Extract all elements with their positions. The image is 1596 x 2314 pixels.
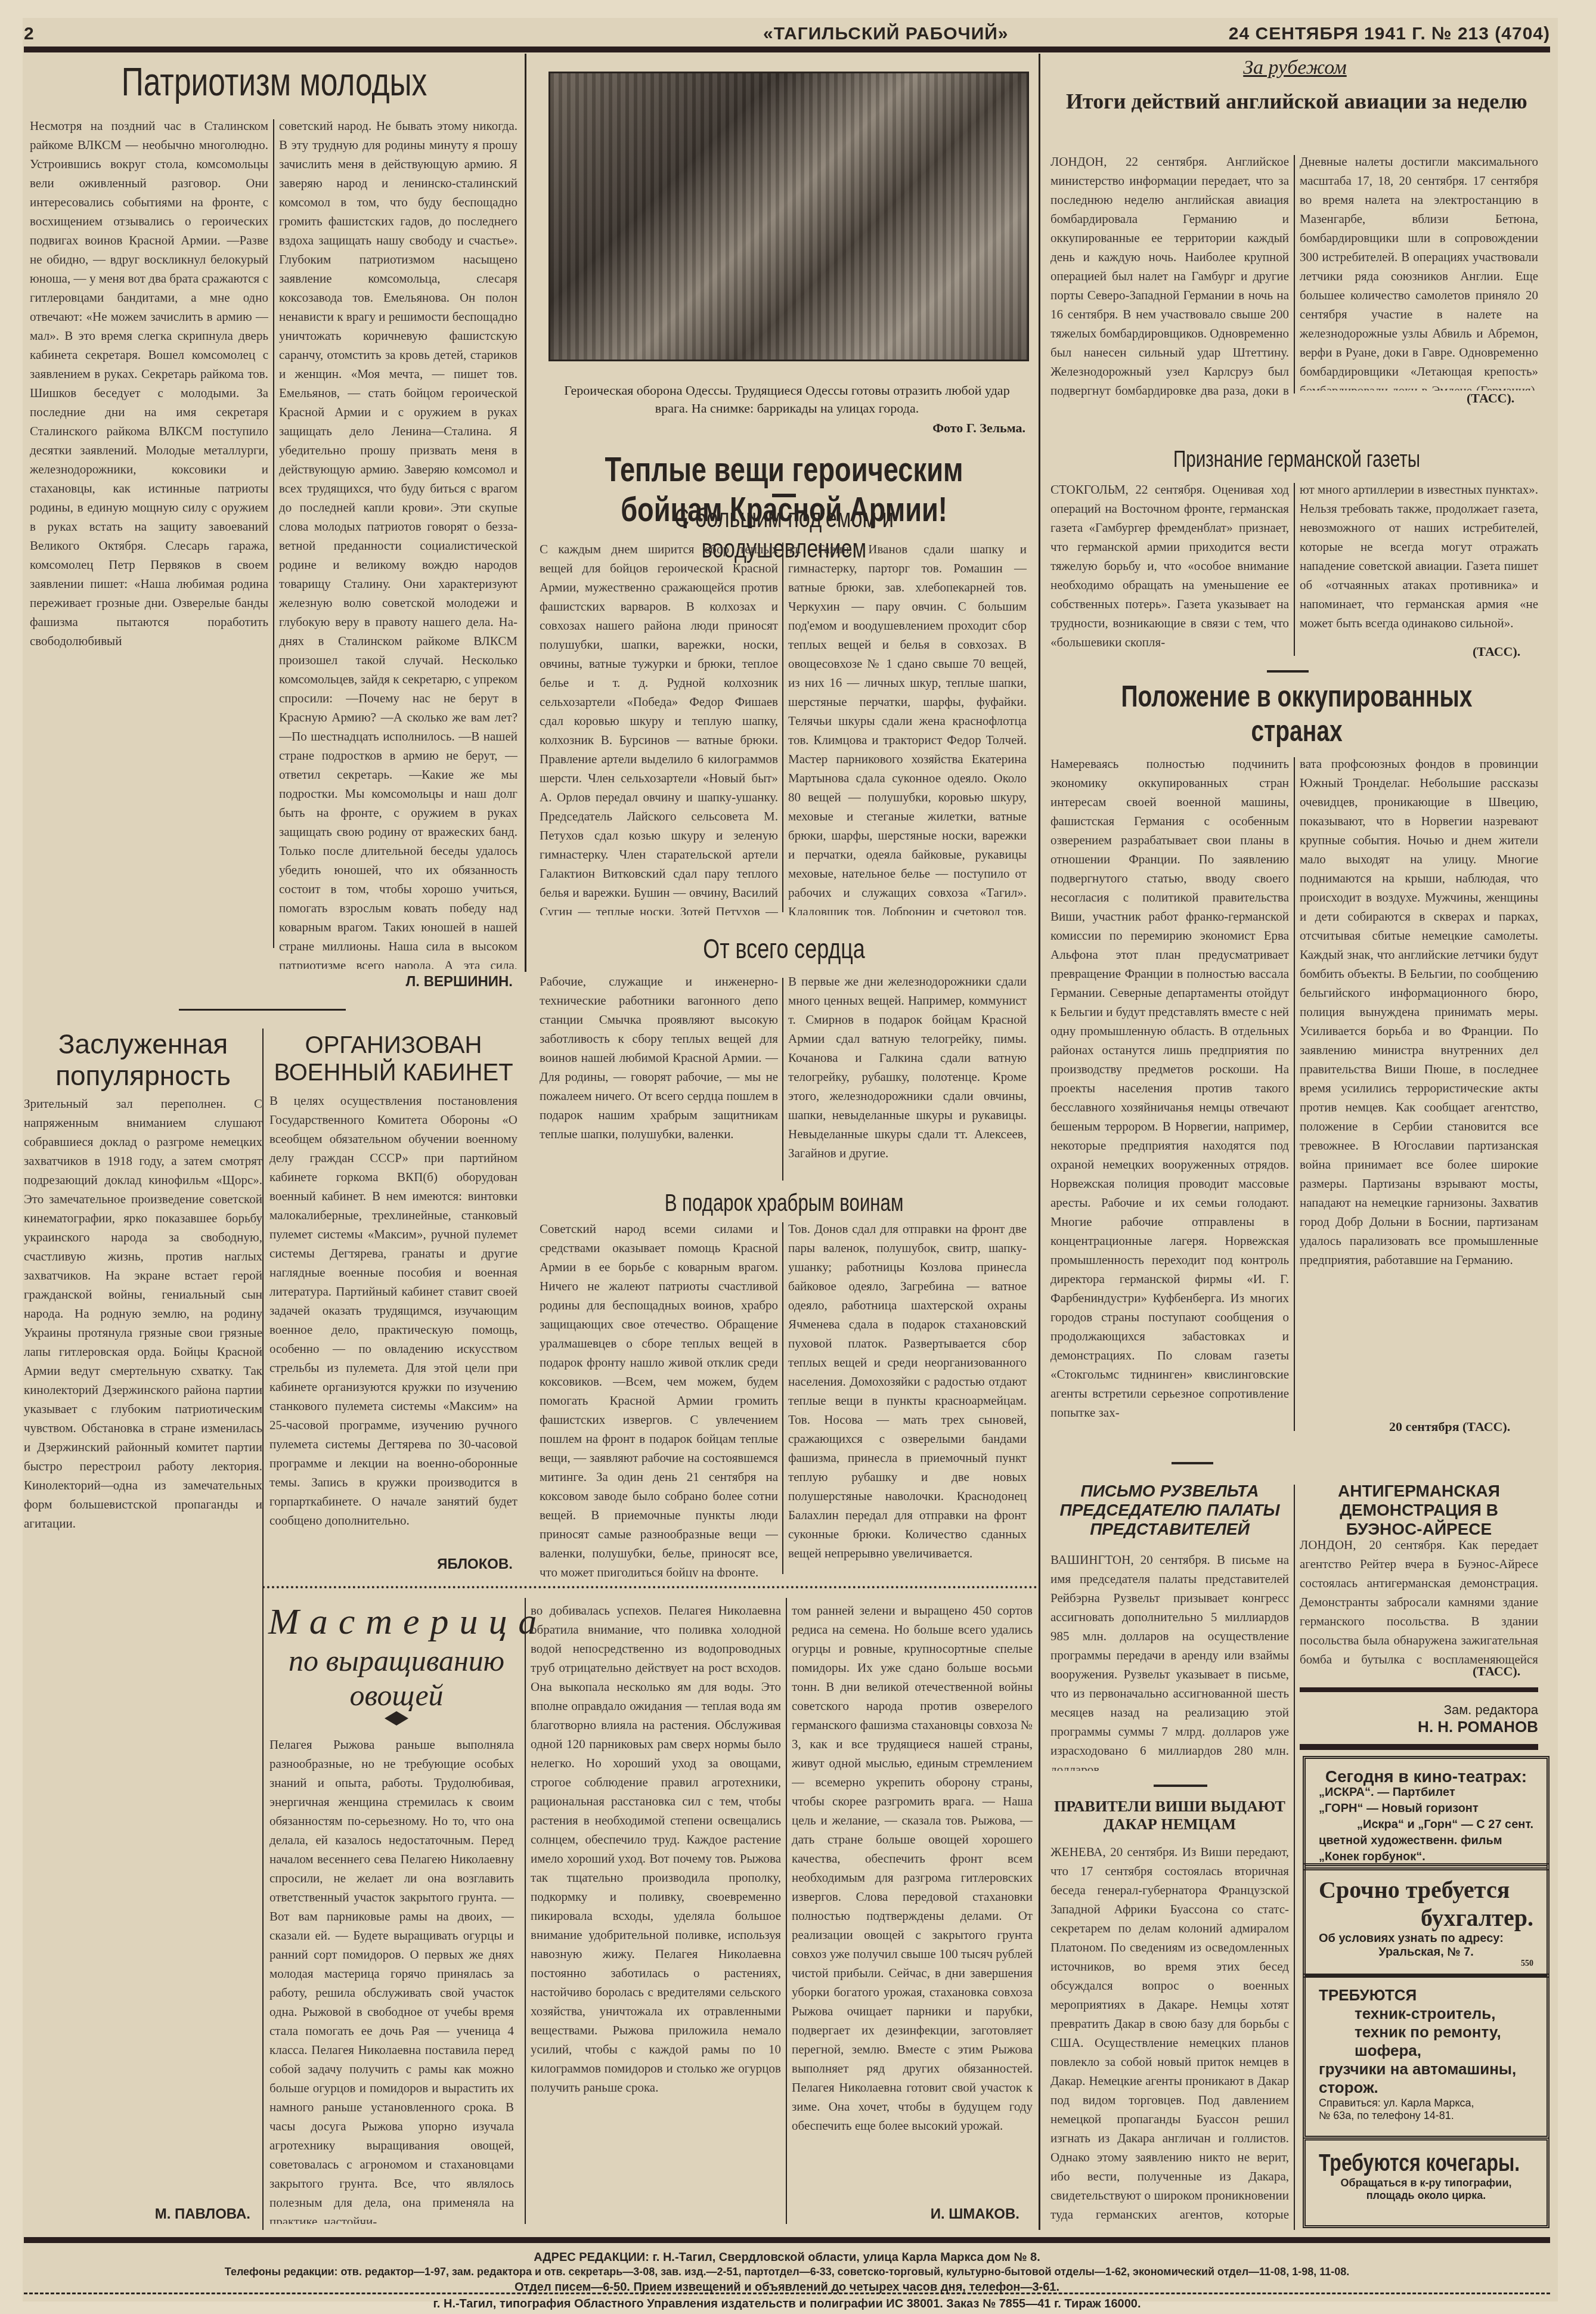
photo-credit: Фото Г. Зельма. — [918, 419, 1025, 437]
article-gift-col2: Тов. Донов сдал для отправки на фронт дв… — [788, 1219, 1027, 1577]
column-divider — [525, 54, 526, 972]
ad-line: „ГОРН“ — Новый горизонт — [1319, 1801, 1533, 1817]
headline-raf: Итоги действий английской авиации за нед… — [1049, 89, 1544, 114]
headline-popularity: Заслуженная популярность — [24, 1029, 262, 1092]
article-popularity: Зрительный зал переполнен. С напряженным… — [24, 1094, 262, 2155]
article-patriotism-col1: Несмотря на поздний час в Сталинском рай… — [30, 116, 268, 954]
source-tass: (ТАСС). — [1473, 644, 1520, 659]
byline-yablokov: ЯБЛОКОВ. — [393, 1556, 513, 1573]
divider-dash — [772, 494, 796, 497]
photo-odessa-barricades — [548, 72, 1029, 361]
article-german-paper-col1: СТОКГОЛЬМ, 22 сентября. Оценивая ход опе… — [1050, 480, 1289, 659]
ad-line: шофера, — [1319, 2042, 1533, 2060]
dateline-tass: 20 сентября (ТАСС). — [1389, 1419, 1510, 1435]
ad-line: Срочно требуется — [1319, 1876, 1533, 1904]
ad-line: техник по ремонту, — [1319, 2023, 1533, 2042]
article-german-paper-col2: ют много артиллерии в известных пунктах»… — [1300, 480, 1538, 641]
masthead-rule — [24, 47, 1550, 52]
ad-line: техник-строитель, — [1319, 2005, 1533, 2023]
ad-contact: № 63а, по телефону 14-81. — [1319, 2109, 1533, 2122]
column-divider — [273, 119, 274, 948]
headline-patriotism: Патриотизм молодых — [36, 60, 513, 105]
source-tass: (ТАСС). — [1473, 1664, 1520, 1679]
article-roosevelt: ВАШИНГТОН, 20 сентября. В письме на имя … — [1050, 1550, 1289, 1771]
photo-caption: Героическая оборона Одессы. Трудящиеся О… — [548, 382, 1025, 417]
headline-buenos-aires: АНТИГЕРМАНСКАЯ ДЕМОНСТРАЦИЯ В БУЭНОС-АЙР… — [1300, 1482, 1538, 1539]
ad-stokers: Требуются кочегары. Обращаться в к-ру ти… — [1303, 2138, 1549, 2228]
editor-block: Зам. редактора Н. Н. РОМАНОВ — [1407, 1702, 1538, 1736]
article-master-grower-col3: том ранней зелени и выращено 450 сортов … — [792, 1601, 1033, 2152]
footer-phones: Телефоны редакции: отв. редактор—1-97, з… — [24, 2266, 1550, 2278]
ad-line: Уральская, № 7. — [1319, 1946, 1533, 1959]
article-gift-col1: Советский народ всеми силами и средствам… — [540, 1219, 778, 1577]
divider-ornament — [179, 1009, 346, 1011]
article-patriotism-col2: советский народ. Не бывать этому никогда… — [279, 116, 517, 969]
column-divider — [782, 978, 783, 1181]
headline-gift-brave-warriors: В подарок храбрым воинам — [537, 1189, 1031, 1217]
byline-pavlova: М. ПАВЛОВА. — [107, 2206, 250, 2223]
article-buenos-aires: ЛОНДОН, 20 сентября. Как передает агентс… — [1300, 1535, 1538, 1666]
column-divider — [262, 1029, 264, 1589]
ornament-icon — [385, 1711, 408, 1726]
headline-master-grower: Мастерица по выращиванию овощей — [268, 1601, 525, 1712]
ad-line: „Искра“ и „Горн“ — С 27 сент. — [1319, 1817, 1533, 1833]
divider-rule — [1300, 1687, 1538, 1692]
ad-line: Об условиях узнать по адресу: — [1319, 1932, 1533, 1946]
headline-roosevelt: ПИСЬМО РУЗВЕЛЬТА ПРЕДСЕДАТЕЛЮ ПАЛАТЫ ПРЕ… — [1050, 1482, 1289, 1539]
article-occupied-col2: вата профсоюзных фондов в провинции Южны… — [1300, 754, 1538, 1410]
newspaper-title: «ТАГИЛЬСКИЙ РАБОЧИЙ» — [763, 24, 1008, 44]
divider-dash — [1172, 1462, 1213, 1464]
column-divider — [1294, 1485, 1295, 2230]
headline-war-cabinet: ОРГАНИЗОВАН ВОЕННЫЙ КАБИНЕТ — [268, 1031, 519, 1086]
headline-occupied: Положение в оккупированных странах — [1049, 680, 1544, 748]
column-divider — [525, 1598, 526, 2224]
column-divider — [1294, 483, 1295, 656]
column-divider — [1039, 54, 1040, 2230]
article-whole-heart-col1: Рабочие, служащие и инженерно-технически… — [540, 972, 778, 1187]
ad-line: сторож. — [1319, 2078, 1533, 2097]
ad-cinema-title: Сегодня в кино-театрах: — [1319, 1768, 1533, 1785]
ad-line: „Конек горбунок“. — [1319, 1849, 1533, 1865]
ad-line: площадь около цирка. — [1319, 2189, 1533, 2202]
byline-shmakov: И. ШМАКОВ. — [864, 2206, 1019, 2223]
divider-dash — [1154, 1785, 1207, 1787]
byline-vershinin: Л. ВЕРШИНИН. — [358, 974, 513, 990]
ad-accountant: Срочно требуется бухгалтер. Об условиях … — [1303, 1863, 1549, 1978]
source-tass: (ТАСС). — [1467, 391, 1514, 406]
article-enthusiasm-col1: С каждым днем ширится сбор теплых вещей … — [540, 540, 778, 915]
column-divider — [262, 1586, 264, 2230]
footer-rule-thin — [24, 2293, 1550, 2296]
page-number: 2 — [24, 24, 35, 44]
article-master-grower-col1: Пелагея Рыжова раньше выполняла разнообр… — [269, 1735, 514, 2224]
column-divider — [1294, 757, 1295, 1431]
article-occupied-col1: Намереваясь полностью подчинить экономик… — [1050, 754, 1289, 1434]
footer-address: АДРЕС РЕДАКЦИИ: г. Н.-Тагил, Свердловско… — [24, 2251, 1550, 2265]
editor-title: Зам. редактора — [1407, 1702, 1538, 1718]
article-raf-col2: Дневные налеты достигли максимального ма… — [1300, 152, 1538, 391]
ad-ref: 550 — [1319, 1959, 1533, 1969]
divider-dash — [1267, 670, 1309, 673]
headline-vichy: ПРАВИТЕЛИ ВИШИ ВЫДАЮТ ДАКАР НЕМЦАМ — [1050, 1798, 1289, 1833]
ad-line: Обращаться в к-ру типографии, — [1319, 2177, 1533, 2189]
article-whole-heart-col2: В первые же дни железнодорожники сдали м… — [788, 972, 1027, 1187]
article-raf-col1: ЛОНДОН, 22 сентября. Английское министер… — [1050, 152, 1289, 405]
column-divider — [786, 1598, 787, 2224]
ad-jobs-title: ТРЕБУЮТСЯ — [1319, 1986, 1533, 2005]
section-divider — [262, 1586, 1037, 1592]
ad-line: цветной художественн. фильм — [1319, 1833, 1533, 1849]
column-divider — [1294, 155, 1295, 394]
headline-whole-heart: От всего сердца — [537, 933, 1031, 965]
footer-rule — [24, 2237, 1550, 2243]
headline-german-paper: Признание германской газеты — [1049, 447, 1544, 473]
ad-line: бухгалтер. — [1319, 1904, 1533, 1932]
ad-line: грузчики на автомашины, — [1319, 2060, 1533, 2078]
article-war-cabinet: В целях осуществления постановления Госу… — [269, 1091, 517, 1550]
ad-contact: Справиться: ул. Карла Маркса, — [1319, 2097, 1533, 2109]
ad-cinema: Сегодня в кино-театрах: „ИСКРА“. — Партб… — [1303, 1756, 1549, 1870]
issue-date: 24 СЕНТЯБРЯ 1941 Г. № 213 (4704) — [1229, 24, 1550, 44]
ad-jobs: ТРЕБУЮТСЯ техник-строитель, техник по ре… — [1303, 1974, 1549, 2139]
ad-stokers-title: Требуются кочегары. — [1319, 2150, 1490, 2177]
editor-name: Н. Н. РОМАНОВ — [1407, 1718, 1538, 1736]
masthead: 2 «ТАГИЛЬСКИЙ РАБОЧИЙ» 24 СЕНТЯБРЯ 1941 … — [24, 24, 1550, 42]
article-vichy: ЖЕНЕВА, 20 сентября. Из Виши передают, ч… — [1050, 1842, 1289, 2224]
rubric-abroad: За рубежом — [1050, 57, 1539, 79]
ad-line: „ИСКРА“. — Партбилет — [1319, 1785, 1533, 1801]
divider-rule — [1300, 1744, 1538, 1750]
article-master-grower-col2: во добивалась успехов. Пелагея Николаевн… — [531, 1601, 781, 2224]
column-divider — [782, 1222, 783, 1574]
article-enthusiasm-col2: тт. Гавин, Иванов сдали шапку и гимнасте… — [788, 540, 1027, 915]
footer-printing: г. Н.-Тагил, типография Областного Управ… — [24, 2297, 1550, 2311]
column-divider — [782, 543, 783, 912]
